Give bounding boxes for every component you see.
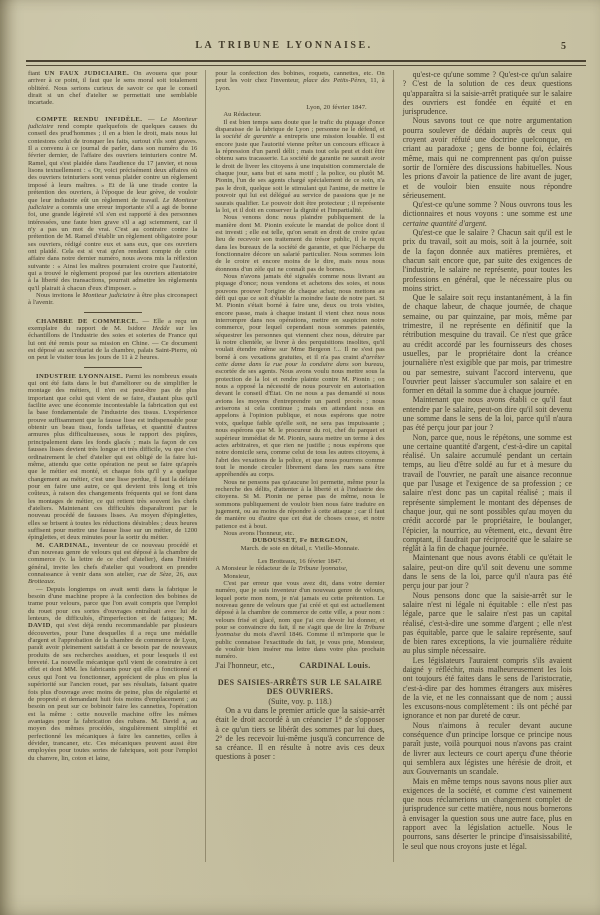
paragraph: Maintenant que nous avons établi ce qu'é… [403, 553, 572, 590]
text-run: Que le salaire soit reçu instantanément,… [403, 293, 572, 395]
text-run: (Suite, voy. p. 118.) [268, 697, 331, 706]
paragraph: Maintenant que nous avons établi ce qu'i… [403, 395, 572, 432]
text-run: Mais en même temps nous savons nous plie… [403, 777, 572, 851]
italic-run: La suite au prochain numéro. [440, 861, 535, 862]
text-run: Nous invitons le [36, 292, 83, 299]
paragraph: Au Rédacteur. [215, 111, 384, 118]
text-run: Au Rédacteur. [223, 111, 261, 118]
paragraph: Mais en même temps nous savons nous plie… [403, 777, 572, 851]
paragraph: Les législateurs l'auraient compris s'il… [403, 656, 572, 721]
text-run: J'ai l'honneur, etc., [215, 661, 274, 670]
text-run: Nous pensons donc que la saisie-arrêt su… [403, 591, 572, 656]
paragraph: Nous savons tout ce que notre argumentat… [403, 116, 572, 200]
italic-run: place des Petits-Pères [303, 77, 365, 84]
italic-run: Moniteur judiciaire [83, 292, 135, 299]
italic-run: société de garantie [223, 133, 276, 140]
paragraph: C'est par erreur que vous avez dit, dans… [215, 580, 384, 661]
bold-run: UN FAUX JUDICIAIRE. [45, 70, 130, 77]
newspaper-title: LA TRIBUNE LYONNAISE. [30, 40, 538, 51]
caption: (Suite, voy. p. 118.) [215, 697, 384, 706]
paragraph: Nous pensons donc que la saisie-arrêt su… [403, 591, 572, 656]
paragraph: A Monsieur le rédacteur de la Tribune ly… [215, 565, 384, 572]
paragraph: Nous n'avons jamais été signalés comme n… [215, 273, 384, 479]
signature: J'ai l'honneur, etc.,CARDINAL Louis. [215, 661, 384, 670]
text-run: Nous n'aimons à reculer devant aucune co… [403, 721, 572, 776]
text-run: , escortée de ses agents. Nous avons vou… [215, 361, 384, 478]
text-run: rend compte quelquefois de quelques caus… [28, 123, 197, 203]
signature: March. de soie en détail, r. Vieille-Mon… [215, 545, 384, 552]
bold-run: M. CARDINAL, [36, 542, 90, 549]
text-run: du mois d'avril 1846. Comme il m'importe… [215, 631, 384, 660]
column-1: fiant UN FAUX JUDICIAIRE. On avouera que… [28, 70, 205, 862]
text-run: A Monsieur le rédacteur de [215, 565, 290, 572]
text-run: March. de soie en détail, r. Vieille-Mon… [241, 545, 360, 552]
paragraph: Nous invitons le Moniteur judiciaire à ê… [28, 292, 197, 307]
text-run: Maintenant que nous avons établi ce qu'i… [403, 395, 572, 432]
text-run: Monsieur, [223, 573, 250, 580]
continuation-note: La suite au prochain numéro. [403, 861, 572, 862]
text-run: — [142, 116, 160, 123]
bold-run: COMPTE RENDU INFIDÈLE. [36, 116, 142, 123]
column-3: qu'est-ce qu'une somme ? Qu'est-ce qu'un… [393, 70, 580, 862]
newspaper-page: LA TRIBUNE LYONNAISE. 5 fiant UN FAUX JU… [0, 0, 600, 915]
paragraph: qu'est-ce qu'une somme ? Qu'est-ce qu'un… [403, 70, 572, 116]
text-run: fiant [28, 70, 45, 77]
text-run: Nous savons tout ce que notre argumentat… [403, 116, 572, 199]
text-run: Nous venons donc nous plaindre publiquem… [215, 214, 384, 272]
spacer [215, 92, 384, 104]
paragraph: On a vu dans le premier article que la s… [215, 706, 384, 762]
italic-run: Hedde [152, 325, 169, 332]
text-columns: fiant UN FAUX JUDICIAIRE. On avouera que… [28, 70, 580, 862]
text-run: Les législateurs l'auraient compris s'il… [403, 656, 572, 721]
paragraph: COMPTE RENDU INFIDÈLE. — Le Moniteur jud… [28, 116, 197, 292]
dateline: Les Brotteaux, 16 février 1847. [215, 558, 384, 565]
section-divider [84, 367, 142, 368]
text-run: Nous avons l'honneur, etc. [223, 530, 294, 537]
italic-run: la Tribune lyonnaise [291, 565, 346, 572]
column-2: pour la confection des bobines, roquets,… [205, 70, 392, 862]
spacer [28, 107, 197, 116]
paragraph: pour la confection des bobines, roquets,… [215, 70, 384, 92]
paragraph: Que le salaire soit reçu instantanément,… [403, 293, 572, 395]
text-run: a entrepris une mission louable. Il est … [215, 133, 384, 213]
text-run: , [346, 565, 348, 572]
italic-run: rue de Sèze [138, 571, 171, 578]
paragraph: M. CARDINAL, inventeur de ce nouveau pro… [28, 542, 197, 586]
text-run: , 26, [171, 571, 187, 578]
paragraph: Il est bien temps sans doute que le traf… [215, 119, 384, 214]
paragraph: Nous venons donc nous plaindre publiquem… [215, 214, 384, 273]
text-run: Parmi les nombreux essais qui ont été fa… [28, 373, 197, 542]
page-number: 5 [561, 41, 566, 52]
bold-run: DUBOUSSET, Fe BERGEON, [252, 537, 348, 544]
paragraph: Qu'est-ce qu'une somme ? Nous ouvrons to… [403, 200, 572, 228]
bold-run: DES SAISIES-ARRÊTS SUR LE SALAIRE DES OU… [218, 678, 382, 696]
paragraph: CHAMBRE DE COMMERCE. — Elle a reçu un ex… [28, 318, 197, 362]
spacer [215, 670, 384, 678]
paragraph: Non, parce que, nous le répétons, une so… [403, 433, 572, 554]
text-run: Les Brotteaux, 16 février 1847. [258, 558, 342, 565]
signature: DUBOUSSET, Fe BERGEON, [215, 537, 384, 544]
paragraph: fiant UN FAUX JUDICIAIRE. On avouera que… [28, 70, 197, 107]
text-run: — Depuis longtemps on avait senti dans l… [28, 586, 197, 622]
section-divider [84, 312, 142, 313]
masthead: LA TRIBUNE LYONNAISE. 5 [30, 40, 578, 56]
paragraph: Nous ne pensons pas qu'aucune loi permet… [215, 479, 384, 530]
article-heading: DES SAISIES-ARRÊTS SUR LE SALAIRE DES OU… [215, 678, 384, 697]
text-run: Qu'est-ce qu'une somme ? Nous ouvrons to… [403, 200, 572, 218]
text-run: Non, parce que, nous le répétons, une so… [403, 433, 572, 554]
bold-run: INDUSTRIE LYONNAISE. [36, 373, 123, 380]
text-run: Maintenant que nous avons établi ce qu'é… [403, 553, 572, 590]
text-run: qu'est-ce qu'une somme ? Qu'est-ce qu'un… [403, 70, 572, 116]
dateline: Lyon, 20 février 1847. [215, 104, 384, 111]
text-run: , qui s'est déjà rendu recommandable par… [28, 622, 197, 761]
text-run: Lyon, 20 février 1847. [306, 104, 366, 111]
bold-run: CHAMBRE DE COMMERCE. [36, 318, 138, 325]
paragraph: Nous avons l'honneur, etc. [215, 530, 384, 537]
paragraph: — Depuis longtemps on avait senti dans l… [28, 586, 197, 762]
paragraph: Nous n'aimons à reculer devant aucune co… [403, 721, 572, 777]
paragraph: Qu'est-ce que le salaire ? Chacun sait q… [403, 228, 572, 293]
text-run: Nous ne pensons pas qu'aucune loi permet… [215, 479, 384, 530]
paragraph: INDUSTRIE LYONNAISE. Parmi les nombreux … [28, 373, 197, 542]
spacer [403, 851, 572, 861]
paragraph: Monsieur, [215, 573, 384, 580]
text-run: a commis une erreur importante s'il a ag… [28, 204, 197, 292]
text-run: Nous n'avons jamais été signalés comme n… [215, 273, 384, 361]
bold-run: CARDINAL Louis. [299, 661, 370, 670]
text-run: Qu'est-ce que le salaire ? Chacun sait q… [403, 228, 572, 293]
text-run: On a vu dans le premier article que la s… [215, 706, 384, 761]
masthead-double-rule [26, 60, 586, 66]
